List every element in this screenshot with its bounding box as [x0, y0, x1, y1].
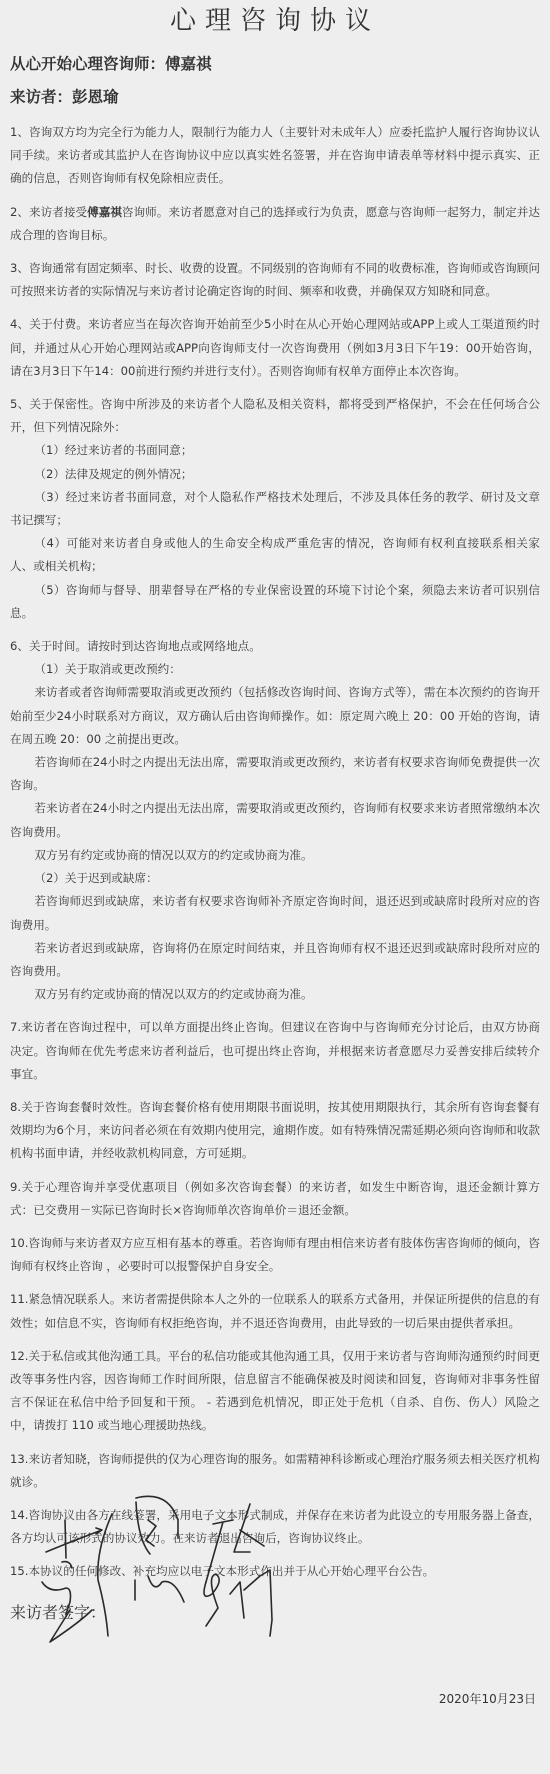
clause-6-sub1-item: 双方另有约定或协商的情况以双方的约定或协商为准。	[10, 844, 540, 867]
clause-6-sub1-item: 来访者或者咨询师需要取消或更改预约（包括修改咨询时间、咨询方式等），需在本次预约…	[10, 681, 540, 751]
clause-7: 7.来访者在咨询过程中，可以单方面提出终止咨询。但建议在咨询中与咨询师充分讨论后…	[10, 1016, 540, 1086]
clause-5-item: （1）经过来访者的书面同意；	[10, 439, 540, 462]
clause-5: 5、关于保密性。咨询中所涉及的来访者个人隐私及相关资料，都将受到严格保护，不会在…	[10, 393, 540, 625]
clause-6-sub2-item: 若咨询师迟到或缺席，来访者有权要求咨询师补齐原定咨询时间，退还迟到或缺席时段所对…	[10, 890, 540, 936]
clause-6-intro: 6、关于时间。请按时到达咨询地点或网络地点。	[10, 635, 540, 658]
clause-11: 11.紧急情况联系人。来访者需提供除本人之外的一位联系人的联系方式备用，并保证所…	[10, 1288, 540, 1334]
clause-6-sub2-item: 若来访者迟到或缺席，咨询将仍在原定时间结束，并且咨询师有权不退还迟到或缺席时段所…	[10, 937, 540, 983]
clause-5-item: （5）咨询师与督导、朋辈督导在严格的专业保密设置的环境下讨论个案，须隐去来访者可…	[10, 579, 540, 625]
clause-6-sub2-title: （2）关于迟到或缺席：	[10, 867, 540, 890]
clause-3: 3、咨询通常有固定频率、时长、收费的设置。不同级别的咨询师有不同的收费标准，咨询…	[10, 257, 540, 303]
clause-2-prefix: 2、来访者接受	[10, 205, 87, 219]
clause-5-item: （4）可能对来访者自身或他人的生命安全构成严重危害的情况，咨询师有权利直接联系相…	[10, 532, 540, 578]
clause-13: 13.来访者知晓，咨询师提供的仅为心理咨询的服务。如需精神科诊断或心理治疗服务须…	[10, 1448, 540, 1494]
clause-12: 12.关于私信或其他沟通工具。平台的私信功能或其他沟通工具，仅用于来访者与咨询师…	[10, 1345, 540, 1438]
clause-2: 2、来访者接受傅嘉祺咨询师。来访者愿意对自己的选择或行为负责，愿意与咨询师一起努…	[10, 201, 540, 247]
clause-2-counselor-name: 傅嘉祺	[87, 205, 122, 219]
clause-6-sub2-item: 双方另有约定或协商的情况以双方的约定或协商为准。	[10, 983, 540, 1006]
clause-6-sub1-item: 若来访者在24小时之内提出无法出席，需要取消或更改预约，咨询师有权要求来访者照常…	[10, 797, 540, 843]
handwritten-signature	[30, 1490, 290, 1660]
clause-6-sub1-title: （1）关于取消或更改预约：	[10, 658, 540, 681]
visitor-line: 来访者：彭恩瑜	[10, 87, 540, 107]
clause-9: 9.关于心理咨询并享受优惠项目（例如多次咨询套餐）的来访者，如发生中断咨询，退还…	[10, 1176, 540, 1222]
clause-5-intro: 5、关于保密性。咨询中所涉及的来访者个人隐私及相关资料，都将受到严格保护，不会在…	[10, 393, 540, 439]
clause-10: 10.咨询师与来访者双方应互相有基本的尊重。若咨询师有理由相信来访者有肢体伤害咨…	[10, 1232, 540, 1278]
counselor-line: 从心开始心理咨询师：傅嘉祺	[10, 54, 540, 74]
clause-5-item: （2）法律及规定的例外情况；	[10, 463, 540, 486]
clause-5-item: （3）经过来访者书面同意，对个人隐私作严格技术处理后，不涉及具体任务的教学、研讨…	[10, 486, 540, 532]
clauses: 1、咨询双方均为完全行为能力人，限制行为能力人（主要针对未成年人）应委托监护人履…	[10, 121, 540, 1584]
agreement-document: 心理咨询协议 从心开始心理咨询师：傅嘉祺 来访者：彭恩瑜 1、咨询双方均为完全行…	[0, 0, 550, 1624]
counselor-name: 傅嘉祺	[165, 55, 212, 73]
clause-6-sub1-item: 若咨询师在24小时之内提出无法出席，需要取消或更改预约，来访者有权要求咨询师免费…	[10, 751, 540, 797]
visitor-name: 彭恩瑜	[72, 88, 119, 106]
clause-8: 8.关于咨询套餐时效性。咨询套餐价格有使用期限书面说明，按其使用期限执行，其余所…	[10, 1096, 540, 1166]
clause-4: 4、关于付费。来访者应当在每次咨询开始前至少5小时在从心开始心理网站或APP上或…	[10, 313, 540, 383]
signature-date: 2020年10月23日	[439, 1690, 536, 1707]
clause-1: 1、咨询双方均为完全行为能力人，限制行为能力人（主要针对未成年人）应委托监护人履…	[10, 121, 540, 191]
visitor-label: 来访者：	[10, 88, 72, 106]
page-title: 心理咨询协议	[10, 0, 540, 43]
clause-6: 6、关于时间。请按时到达咨询地点或网络地点。 （1）关于取消或更改预约： 来访者…	[10, 635, 540, 1006]
counselor-label: 从心开始心理咨询师：	[10, 55, 165, 73]
